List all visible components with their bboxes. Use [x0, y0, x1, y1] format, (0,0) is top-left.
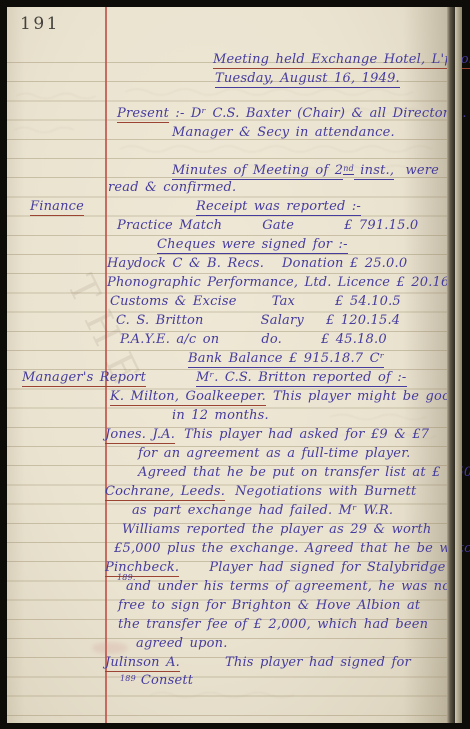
manuscript-text: Manager's Report: [22, 370, 146, 387]
cheque-haydock: Haydock C & B. Recs.Donation £ 25.0.0: [107, 256, 407, 271]
manuscript-text: £ 791.15.0: [344, 218, 418, 233]
report-pinchbeck-1: Pinchbeck.Player had signed for Stalybri…: [105, 560, 446, 575]
minutes-confirmed-2: read & confirmed.: [108, 180, 236, 195]
manuscript-text: :- Dʳ C.S. Baxter (Chair) & all Director…: [169, 106, 467, 121]
manuscript-text: free to sign for Brighton & Hove Albion …: [118, 598, 420, 613]
report-pinchbeck-5: agreed upon.: [136, 636, 228, 651]
manuscript-text: Bank Balance £ 915.18.7 Cʳ: [188, 351, 384, 368]
manuscript-text: This player had signed for: [225, 655, 411, 670]
minutes-confirmed-1: Minutes of Meeting of 2nd inst., were: [172, 161, 439, 178]
manuscript-text: Agreed that he be put on transfer list a…: [138, 465, 470, 480]
manuscript-text: Tuesday, August 16, 1949.: [215, 71, 400, 88]
manuscript-text: and under his terms of agreement, he was…: [126, 579, 462, 594]
manuscript-text: Receipt was reported :-: [196, 199, 361, 216]
report-cochrane-4: £5,000 plus the exchange. Agreed that he…: [114, 541, 470, 556]
manuscript-text: Meeting held Exchange Hotel, L'pool,: [213, 52, 470, 69]
manuscript-text: Phonographic Performance, Ltd.: [107, 275, 332, 290]
manuscript-text: Finance: [30, 199, 84, 216]
report-milton-2: in 12 months.: [172, 408, 269, 423]
present-line: Present :- Dʳ C.S. Baxter (Chair) & all …: [117, 106, 467, 121]
manuscript-text: Tax: [272, 294, 295, 309]
manuscript-text: Player had signed for Stalybridge: [209, 560, 445, 575]
cheque-phonographic: Phonographic Performance, Ltd.Licence £ …: [107, 275, 462, 290]
manuscript-text: Minutes of Meeting of 2: [172, 163, 343, 180]
manuscript-text: do.: [261, 332, 282, 347]
manuscript-text: C. S. Britton: [116, 313, 204, 328]
manuscript-text: the transfer fee of £ 2,000, which had b…: [118, 617, 428, 632]
margin-heading-finance: Finance: [30, 199, 84, 214]
report-julinson-2: 189Consett: [120, 671, 193, 688]
manuscript-text: Donation £ 25.0.0: [282, 256, 407, 271]
manuscript-text: were: [399, 163, 439, 178]
report-jones-3: Agreed that he be put on transfer list a…: [138, 465, 470, 480]
header-location: Meeting held Exchange Hotel, L'pool,: [213, 52, 470, 67]
manuscript-text: Mʳ. C.S. Britton reported of :-: [196, 370, 407, 387]
manuscript-text: Cochrane, Leeds.: [105, 484, 225, 501]
manuscript-text: as part exchange had failed. Mʳ W.R.: [132, 503, 393, 518]
manuscript-text: in 12 months.: [172, 408, 269, 423]
manuscript-text: £ 120.15.4: [326, 313, 400, 328]
manuscript-text: Customs & Excise: [110, 294, 237, 309]
header-date: Tuesday, August 16, 1949.: [215, 71, 400, 86]
manuscript-text: Julinson A.: [105, 655, 180, 672]
adjacent-page-sliver: [455, 7, 462, 723]
report-pinchbeck-2: and under his terms of agreement, he was…: [126, 579, 462, 594]
manuscript-text: agreed upon.: [136, 636, 228, 651]
manuscript-text: Salary: [261, 313, 304, 328]
page-edge-shadow: [447, 7, 455, 723]
managers-report-heading: Mʳ. C.S. Britton reported of :-: [196, 370, 407, 385]
bank-balance: Bank Balance £ 915.18.7 Cʳ: [188, 351, 384, 366]
manuscript-text: £ 45.18.0: [321, 332, 387, 347]
attendance-line: Manager & Secy in attendance.: [172, 125, 395, 140]
report-jones-1: Jones. J.A.This player had asked for £9 …: [105, 427, 429, 442]
manuscript-text: read & confirmed.: [108, 180, 236, 195]
receipt-practice-match: Practice MatchGate£ 791.15.0: [117, 218, 418, 233]
manuscript-text: inst.,: [354, 163, 394, 180]
manuscript-text: Consett: [141, 673, 193, 688]
report-cochrane-2: as part exchange had failed. Mʳ W.R.: [132, 503, 393, 518]
manuscript-text: £ 54.10.5: [335, 294, 401, 309]
manuscript-text: Jones. J.A.: [105, 427, 175, 444]
manuscript-text: £5,000 plus the exchange. Agreed that he…: [114, 541, 470, 556]
manuscript-text: for an agreement as a full-time player.: [138, 446, 411, 461]
scan-background: { "meta": { "page_number": "191" }, "emb…: [0, 0, 470, 729]
manuscript-text: This player had asked for £9 & £7: [184, 427, 429, 442]
manuscript-text-layer: Meeting held Exchange Hotel, L'pool,Tues…: [0, 0, 470, 729]
report-pinchbeck-4: the transfer fee of £ 2,000, which had b…: [118, 617, 428, 632]
manuscript-text: Practice Match: [117, 218, 222, 233]
manuscript-text: K. Milton, Goalkeeper.: [110, 389, 266, 406]
margin-heading-managers-report: Manager's Report: [22, 370, 146, 385]
report-milton-1: K. Milton, Goalkeeper.This player might …: [110, 389, 459, 404]
manuscript-text: 189: [120, 674, 136, 683]
manuscript-text: This player might be good: [273, 389, 459, 404]
report-julinson-1: Julinson A.This player had signed for: [105, 655, 411, 670]
manuscript-text: P.A.Y.E. a/c on: [120, 332, 219, 347]
manuscript-text: Negotiations with Burnett: [235, 484, 416, 499]
cheque-customs: Customs & ExciseTax£ 54.10.5: [110, 294, 401, 309]
manuscript-text: Present: [117, 106, 169, 123]
manuscript-text: Cheques were signed for :-: [157, 237, 348, 254]
manuscript-text: Licence £ 20.16.8: [338, 275, 463, 290]
cheque-paye: P.A.Y.E. a/c ondo.£ 45.18.0: [120, 332, 387, 347]
cheque-britton-salary: C. S. BrittonSalary£ 120.15.4: [116, 313, 400, 328]
manuscript-text: Gate: [262, 218, 294, 233]
cheques-heading: Cheques were signed for :-: [157, 237, 348, 252]
report-cochrane-3: Williams reported the player as 29 & wor…: [122, 522, 431, 537]
report-pinchbeck-3: free to sign for Brighton & Hove Albion …: [118, 598, 420, 613]
manuscript-text: Williams reported the player as 29 & wor…: [122, 522, 431, 537]
manuscript-text: nd: [343, 164, 354, 175]
manuscript-text: Haydock C & B. Recs.: [107, 256, 264, 271]
receipt-heading: Receipt was reported :-: [196, 199, 361, 214]
manuscript-text: Manager & Secy in attendance.: [172, 125, 395, 140]
report-jones-2: for an agreement as a full-time player.: [138, 446, 411, 461]
report-cochrane-1: Cochrane, Leeds.Negotiations with Burnet…: [105, 484, 416, 499]
